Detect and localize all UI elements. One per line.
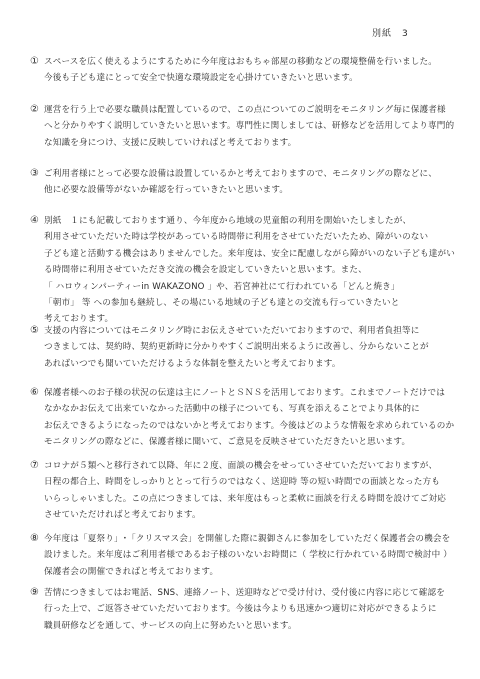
item-line: なかなかお伝えて出来ていなかった活動中の様子についても、写真を添えることでより具…: [44, 401, 454, 417]
item-line: 保護者様へのお子様の状況の伝達は主にノートとＳＮＳを活用しております。これまでノ…: [44, 385, 454, 401]
item-line: 支援の内容についてはモニタリング時にお伝えさせていただいておりますので、利用者負…: [44, 323, 454, 339]
item-line: 設けました。来年度はご利用者様であるお子様のいないお時間に（ 学校に行かれている…: [44, 547, 454, 563]
item-line: 今後も子ども達にとって安全で快適な環境設定を心掛けていきたいと思います。: [44, 70, 454, 86]
item-number: ⑨: [30, 585, 39, 601]
item-line: 保護者会の開催できればと考えております。: [44, 564, 454, 580]
item-line: 職員研修などを通して、サービスの向上に努めたいと思います。: [44, 618, 454, 634]
item-line: 他に必要な設備等がないか確認を行っていきたいと思います。: [44, 182, 454, 198]
page-label: 別紙 3: [372, 26, 409, 39]
item-number: ④: [30, 213, 39, 229]
item-line: モニタリングの際などに、保護者様に聞いて、ご意見を反映させていただきたいと思いま…: [44, 434, 454, 450]
item-line: いらっしゃいました。この点につきましては、来年度はもっと柔軟に面談を行える時間を…: [44, 491, 454, 507]
item-number: ⑦: [30, 458, 39, 474]
item-line: 別紙 １にも記載しております通り、今年度から地域の児童館の利用を開始いたしました…: [44, 213, 454, 229]
item-number: ⑥: [30, 385, 39, 401]
item-line: な知識を身につけ、支援に反映していければと考えております。: [44, 135, 454, 151]
item-line: コロナが５類へと移行されて以降、年に２度、面談の機会をせっていさせていただいてお…: [44, 458, 454, 474]
item-line: 行った上で、ご返答させていただいております。今後は今よりも迅速かつ適切に対応がで…: [44, 601, 454, 617]
item-line: お伝えできるようになったのではないかと考えております。今後はどのような情報を求め…: [44, 418, 454, 434]
item-line: させていただければと考えております。: [44, 507, 454, 523]
item-line: スペースを広く使えるようにするために今年度はおもちゃ部屋の移動などの環境整備を行…: [44, 54, 454, 70]
item-number: ②: [30, 102, 39, 118]
item-number: ⑧: [30, 531, 39, 547]
item-line: 日程の都合上、時間をしっかりととって行うのではなく、送迎時 等の短い時間での面談…: [44, 474, 454, 490]
item-line: 「 ハロウィンパーティーin WAKAZONO 」や、若宮神社にて行われている「…: [44, 279, 454, 295]
item-line: 「朝市」 等 への参加も継続し、その場にいる地域の子ども達との交流も行っていきた…: [44, 295, 454, 311]
item-line: へと分かりやすく説明していきたいと思います。専門性に関しましては、研修などを活用…: [44, 118, 454, 134]
item-number: ①: [30, 54, 39, 70]
item-line: 今年度は「夏祭り」･「クリスマス会」を開催した際に親御さんに参加をしていただく保…: [44, 531, 454, 547]
item-line: る時間帯に利用させていただき交流の機会を設定していきたいと思います。また、: [44, 262, 454, 278]
item-line: 運営を行う上で必要な職員は配置しているので、この点についてのご説明をモニタリング…: [44, 102, 454, 118]
item-line: 利用させていただいた時は学校があっている時間帯に利用をさせていただいたため、障が…: [44, 229, 454, 245]
item-line: ご利用者様にとって必要な設備は設置しているかと考えておりますので、モニタリングの…: [44, 166, 454, 182]
item-line: 苦情につきましてはお電話、SNS、連絡ノート、送迎時などで受け付け、受付後に内容…: [44, 585, 454, 601]
item-number: ⑤: [30, 323, 39, 339]
item-line: あればいつでも聞いていただけるような体制を整えたいと考えております。: [44, 356, 454, 372]
item-number: ③: [30, 166, 39, 182]
item-line: つきましては、契約時、契約更新時に分かりやすくご説明出来るように改善し、分からな…: [44, 339, 454, 355]
item-line: 子ども達と活動する機会はありませんでした。来年度は、安全に配慮しながら障がいのな…: [44, 246, 454, 262]
